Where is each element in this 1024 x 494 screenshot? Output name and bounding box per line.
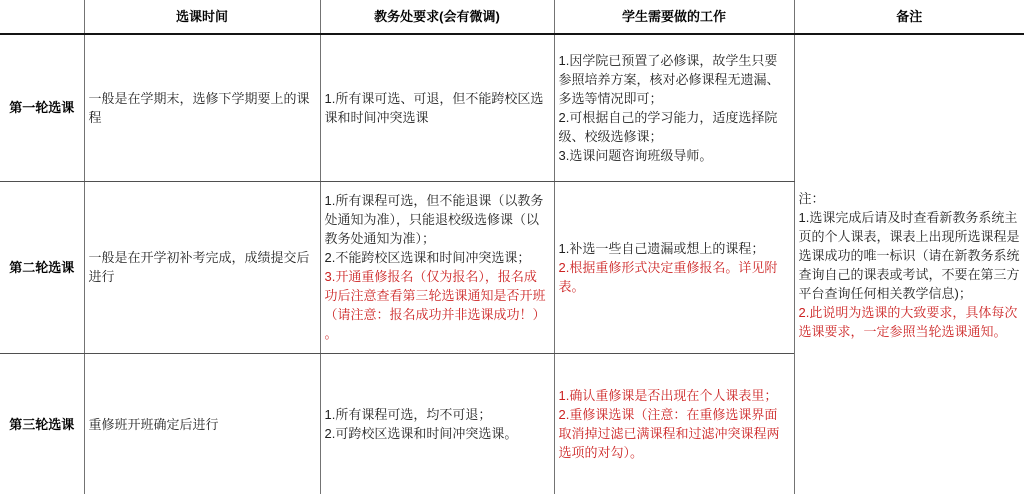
text-line: 2.此说明为选课的大致要求，具体每次选课要求，一定参照当轮选课通知。 (799, 303, 1021, 341)
row1-requirements-cell: 1.所有课可选、可退，但不能跨校区选课和时间冲突选课 (320, 34, 554, 181)
header-time: 选课时间 (84, 0, 320, 34)
row1-round-label: 第一轮选课 (0, 34, 84, 181)
text-line: 1.因学院已预置了必修课，故学生只要参照培养方案，核对必修课程无遗漏、多选等情况… (559, 51, 790, 108)
header-round (0, 0, 84, 34)
text-line: 2.可根据自己的学习能力，适度选择院级、校级选修课； (559, 108, 790, 146)
text-line: 3.选课问题咨询班级导师。 (559, 146, 790, 165)
row3-student-work-cell: 1.确认重修课是否出现在个人课表里； 2.重修课选课（注意：在重修选课界面取消掉… (554, 353, 794, 494)
text-line: 注： (799, 189, 1021, 208)
text-line: 1.补选一些自己遗漏或想上的课程； (559, 239, 790, 258)
text-line: 1.所有课程可选，但不能退课（以教务处通知为准），只能退校级选修课（以教务处通知… (325, 191, 550, 248)
row2-time-cell: 一般是在开学初补考完成，成绩提交后进行 (84, 181, 320, 353)
text-line: 2.根据重修形式决定重修报名。详见附表。 (559, 258, 790, 296)
text-line: 1.所有课可选、可退，但不能跨校区选课和时间冲突选课 (325, 89, 550, 127)
text-line: 一般是在学期末，选修下学期要上的课程 (89, 89, 316, 127)
row1-time-cell: 一般是在学期末，选修下学期要上的课程 (84, 34, 320, 181)
text-line: 2.不能跨校区选课和时间冲突选课； (325, 248, 550, 267)
course-selection-table: 选课时间 教务处要求(会有微调) 学生需要做的工作 备注 第一轮选课 一般是在学… (0, 0, 1024, 494)
text-line: 重修班开班确定后进行 (89, 415, 316, 434)
row2-student-work-cell: 1.补选一些自己遗漏或想上的课程； 2.根据重修形式决定重修报名。详见附表。 (554, 181, 794, 353)
header-remarks: 备注 (794, 0, 1024, 34)
text-line: 3.开通重修报名（仅为报名），报名成功后注意查看第三轮选课通知是否开班（请注意：… (325, 267, 550, 343)
text-line: 一般是在开学初补考完成，成绩提交后进行 (89, 248, 316, 286)
row2-requirements-cell: 1.所有课程可选，但不能退课（以教务处通知为准），只能退校级选修课（以教务处通知… (320, 181, 554, 353)
remarks-cell: 注： 1.选课完成后请及时查看新教务系统主页的个人课表，课表上出现所选课程是选课… (794, 34, 1024, 494)
text-line: 2.重修课选课（注意：在重修选课界面取消掉过滤已满课程和过滤冲突课程两选项的对勾… (559, 405, 790, 462)
row3-requirements-cell: 1.所有课程可选，均不可退； 2.可跨校区选课和时间冲突选课。 (320, 353, 554, 494)
header-student-work: 学生需要做的工作 (554, 0, 794, 34)
text-line: 1.确认重修课是否出现在个人课表里； (559, 386, 790, 405)
text-line: 1.所有课程可选，均不可退； (325, 405, 550, 424)
text-line: 1.选课完成后请及时查看新教务系统主页的个人课表，课表上出现所选课程是选课成功的… (799, 208, 1021, 303)
row1-student-work-cell: 1.因学院已预置了必修课，故学生只要参照培养方案，核对必修课程无遗漏、多选等情况… (554, 34, 794, 181)
row2-round-label: 第二轮选课 (0, 181, 84, 353)
header-requirements: 教务处要求(会有微调) (320, 0, 554, 34)
row3-round-label: 第三轮选课 (0, 353, 84, 494)
header-row: 选课时间 教务处要求(会有微调) 学生需要做的工作 备注 (0, 0, 1024, 34)
text-line: 2.可跨校区选课和时间冲突选课。 (325, 424, 550, 443)
row3-time-cell: 重修班开班确定后进行 (84, 353, 320, 494)
table-row: 第一轮选课 一般是在学期末，选修下学期要上的课程 1.所有课可选、可退，但不能跨… (0, 34, 1024, 181)
